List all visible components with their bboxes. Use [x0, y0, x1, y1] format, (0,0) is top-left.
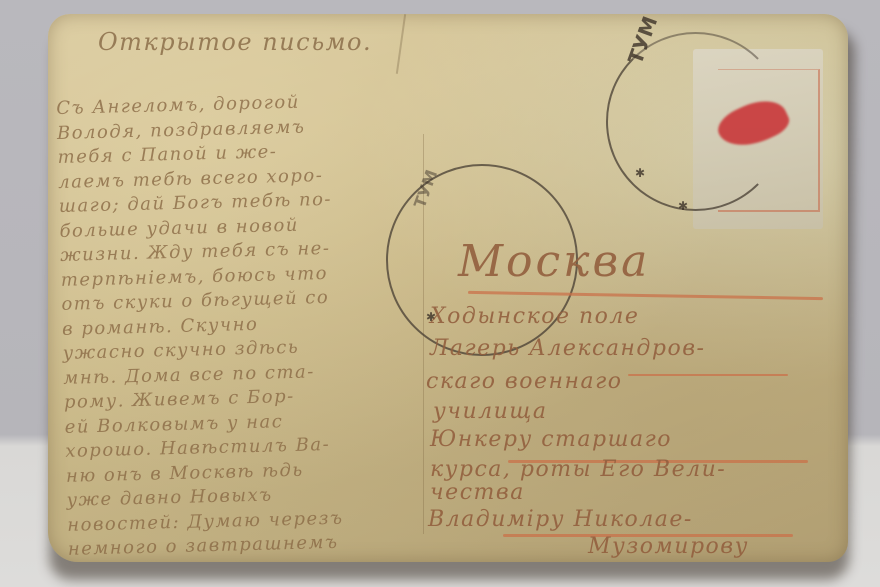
address-line: курса, роты Его Вели-: [430, 457, 726, 482]
photo-scene: Открытое письмо. Съ Ангеломъ, дорогой Во…: [0, 0, 880, 587]
address-line: Ходынское поле: [430, 304, 639, 329]
address-line: скаго военнаго: [426, 369, 622, 394]
postmark-star: ✱: [635, 166, 645, 180]
address-line: Юнкеру старшаго: [430, 427, 672, 452]
address-line: Лагерь Александров-: [430, 336, 705, 361]
postmark-star: ✱: [678, 199, 688, 213]
address-line: Музомирову: [588, 534, 749, 559]
address-underline: [628, 374, 788, 376]
card-title: Открытое письмо.: [98, 28, 372, 56]
address-line: училища: [433, 399, 547, 424]
paper-crease: [396, 14, 406, 74]
address-line: чества: [430, 480, 525, 505]
address-line: Владиміру Николае-: [428, 507, 693, 532]
address-city: Москва: [458, 236, 650, 287]
message-text: Съ Ангеломъ, дорогой Володя, поздравляем…: [56, 89, 345, 562]
postcard: Открытое письмо. Съ Ангеломъ, дорогой Во…: [48, 14, 848, 562]
